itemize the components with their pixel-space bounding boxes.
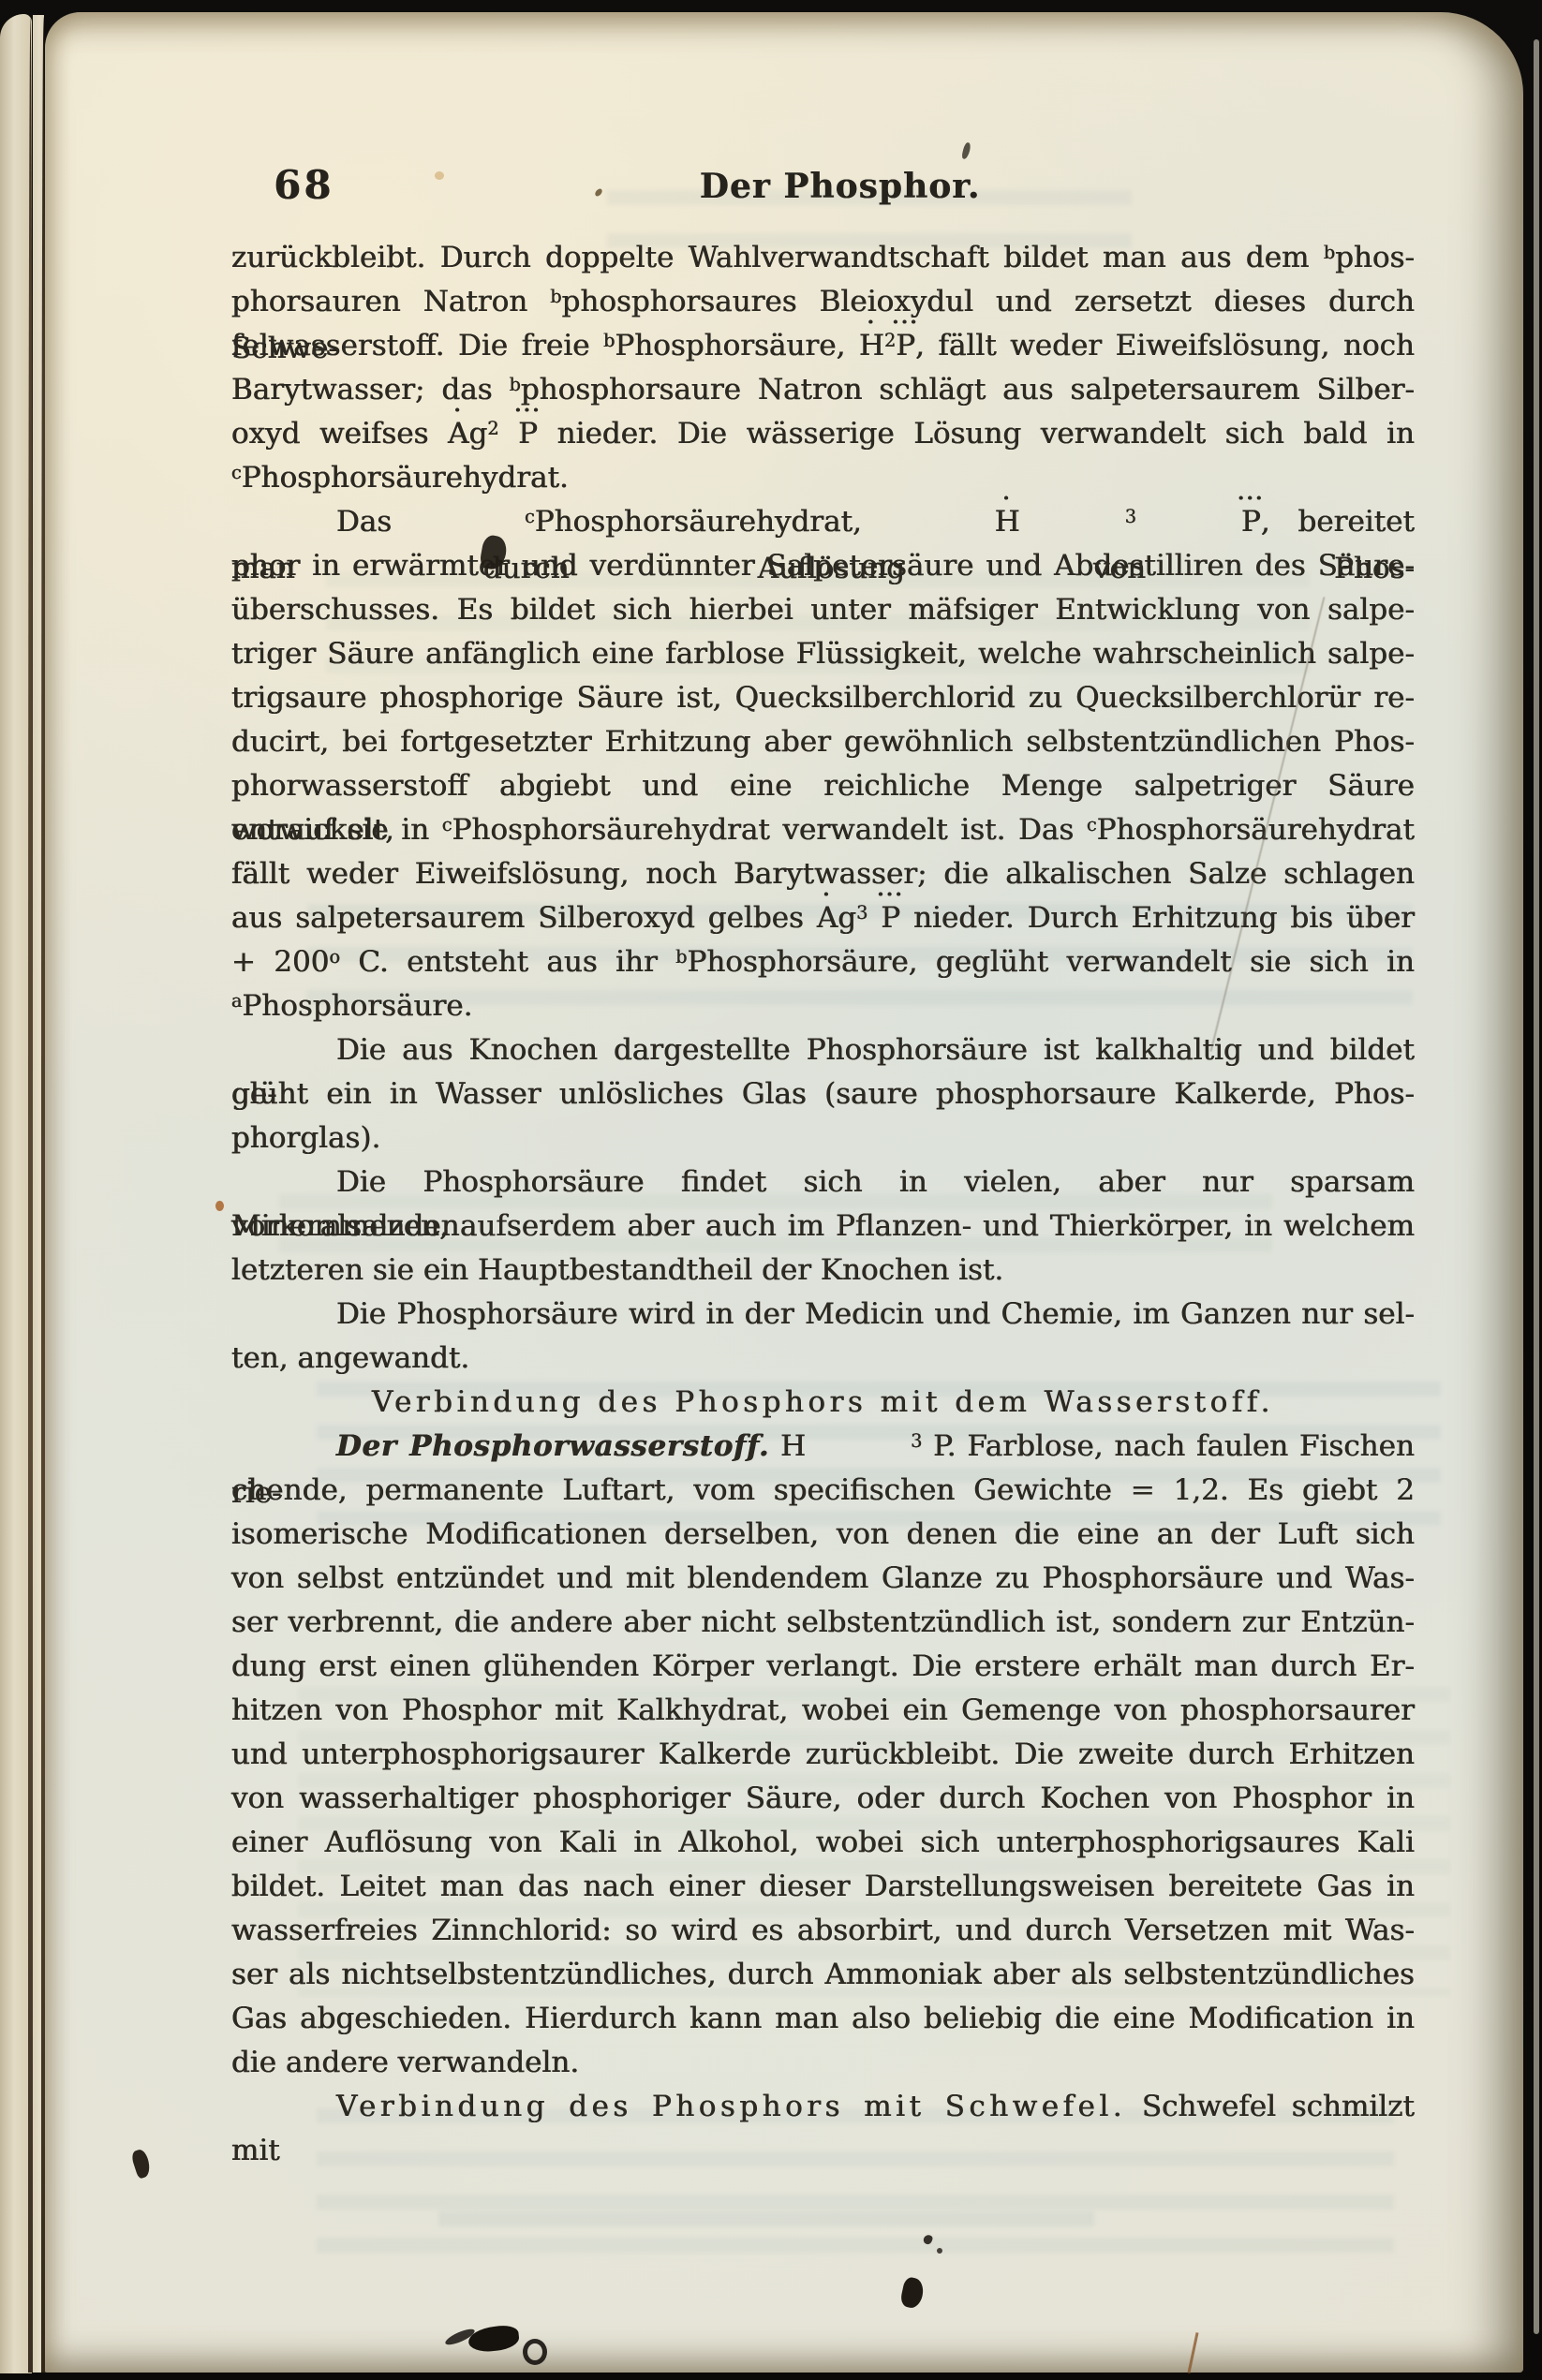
paragraph-1-line-3: felwasserstoff. Die freie bPhosphorsäure… <box>231 324 1415 368</box>
paragraph-6-line-14: Gas abgeschieden. Hierdurch kann man als… <box>231 1997 1415 2041</box>
paragraph-6-line-7: hitzen von Phosphor mit Kalkhydrat, wobe… <box>231 1689 1415 1733</box>
formula-letter: A <box>817 896 838 940</box>
superscript-label: 2 <box>487 407 498 451</box>
superscript-label: 3 <box>856 891 867 935</box>
superscript-label: o <box>329 935 340 979</box>
paragraph-3-line-3: phorglas). <box>231 1116 1415 1160</box>
formula-letter: Verbindung des Phosphors mit dem Wassers… <box>372 1385 1274 1419</box>
paragraph-6-line-4: von selbst entzündet und mit blendendem … <box>231 1557 1415 1601</box>
paragraph-2-line-1: Das cPhosphorsäurehydrat, H3P, bereitet … <box>231 500 1415 544</box>
paragraph-2-line-3: überschusses. Es bildet sich hierbei unt… <box>231 588 1415 632</box>
paragraph-6-line-10: einer Auflösung von Kali in Alkohol, wob… <box>231 1821 1415 1865</box>
paragraph-6-line-3: isomerische Modificationen derselben, vo… <box>231 1513 1415 1557</box>
paragraph-5-line-1: Die Phosphorsäure wird in der Medicin un… <box>231 1293 1415 1337</box>
paragraph-2-line-10: aus salpetersaurem Silberoxyd gelbes Ag3… <box>231 896 1415 940</box>
paragraph-1-line-4: Barytwasser; das bphosphorsaure Natron s… <box>231 368 1415 412</box>
formula-letter: H <box>890 500 1020 544</box>
paragraph-7-line-1: Verbindung des Phosphors mit Schwefel. S… <box>231 2085 1415 2129</box>
paragraph-6-line-8: und unterphosphorigsaurer Kalkerde zurüc… <box>231 1733 1415 1777</box>
paragraph-6-line-5: ser verbrennt, die andere aber nicht sel… <box>231 1601 1415 1645</box>
superscript-label: c <box>420 495 535 539</box>
paragraph-4-line-3: letzteren sie ein Hauptbestandtheil der … <box>231 1249 1415 1293</box>
superscript-label: b <box>603 318 615 362</box>
superscript-label: b <box>550 274 561 318</box>
paragraph-3-line-2: glüht ein in Wasser unlösliches Glas (sa… <box>231 1072 1415 1116</box>
paragraph-6-line-15: die andere verwandeln. <box>231 2041 1415 2085</box>
superscript-label: a <box>231 979 242 1023</box>
paragraph-2-line-7: phorwasserstoff abgiebt und eine reichli… <box>231 764 1415 808</box>
paragraph-6-line-12: wasserfreies Zinnchlorid: so wird es abs… <box>231 1909 1415 1953</box>
formula-letter: A <box>448 412 468 456</box>
paragraph-2-line-6: ducirt, bei fortgesetzter Erhitzung aber… <box>231 720 1415 764</box>
paragraph-1-line-2: phorsauren Natron bphosphorsaures Bleiox… <box>231 280 1415 324</box>
running-header: Der Phosphor. <box>248 167 1431 206</box>
paragraph-6-line-11: bildet. Leitet man das nach einer dieser… <box>231 1865 1415 1909</box>
paragraph-2-line-11: + 200o C. entsteht aus ihr bPhosphorsäur… <box>231 940 1415 984</box>
paragraph-6-line-13: ser als nichtselbstentzündliches, durch … <box>231 1953 1415 1997</box>
paragraph-2-line-12: aPhosphorsäure. <box>231 984 1415 1028</box>
paragraph-6-line-2: chende, permanente Luftart, vom specifis… <box>231 1469 1415 1513</box>
paragraph-4-line-1: Die Phosphorsäure findet sich in vielen,… <box>231 1160 1415 1205</box>
scanned-book-photo: { "palette": { "paper": "#e8e5d7", "ink"… <box>0 0 1542 2380</box>
formula-letter: Der Phosphorwasserstoff. <box>336 1429 769 1463</box>
paragraph-2-line-8: worauf sie in cPhosphorsäurehydrat verwa… <box>231 808 1415 852</box>
superscript-label: b <box>1324 230 1335 274</box>
paragraph-2-line-2: phor in erwärmter und verdünnter Salpete… <box>231 544 1415 588</box>
paragraph-3-line-1: Die aus Knochen dargestellte Phosphorsäu… <box>231 1028 1415 1072</box>
book-page-edge-outer <box>0 14 32 2373</box>
paragraph-1-line-5: oxyd weifses Ag2 P nieder. Die wässerige… <box>231 412 1415 456</box>
paragraph-6-line-9: von wasserhaltiger phosphoriger Säure, o… <box>231 1777 1415 1821</box>
adjacent-page-sliver <box>1534 39 1539 2334</box>
paragraph-5-line-2: ten, angewandt. <box>231 1337 1415 1381</box>
formula-letter: P <box>896 324 915 368</box>
formula-letter: H <box>859 324 884 368</box>
superscript-label: c <box>442 803 452 847</box>
superscript-label: b <box>675 935 687 979</box>
superscript-label: c <box>1087 803 1097 847</box>
paragraph-4-line-2: Mineralsalzen, aufserdem aber auch im Pf… <box>231 1205 1415 1249</box>
showthrough-band <box>438 2211 1094 2253</box>
formula-letter: P <box>881 896 900 940</box>
paragraph-6-line-1: Der Phosphorwasserstoff. H3 P. Farblose,… <box>231 1425 1415 1469</box>
superscript-label: 3 <box>1020 495 1136 539</box>
showthrough-band <box>317 2108 1394 2258</box>
paragraph-6-line-6: dung erst einen glühenden Körper verlang… <box>231 1645 1415 1689</box>
paragraph-2-line-4: triger Säure anfänglich eine farblose Fl… <box>231 632 1415 676</box>
text-block: zurückbleibt. Durch doppelte Wahlverwand… <box>231 236 1415 2129</box>
formula-letter: P <box>1136 500 1261 544</box>
superscript-label: 3 <box>806 1419 922 1463</box>
superscript-label: c <box>231 451 242 495</box>
formula-letter: P <box>518 412 538 456</box>
paragraph-1-line-1: zurückbleibt. Durch doppelte Wahlverwand… <box>231 236 1415 280</box>
formula-letter: Verbindung des Phosphors mit Schwefel. <box>336 2090 1126 2123</box>
paragraph-2-line-5: trigsaure phosphorige Säure ist, Quecksi… <box>231 676 1415 720</box>
